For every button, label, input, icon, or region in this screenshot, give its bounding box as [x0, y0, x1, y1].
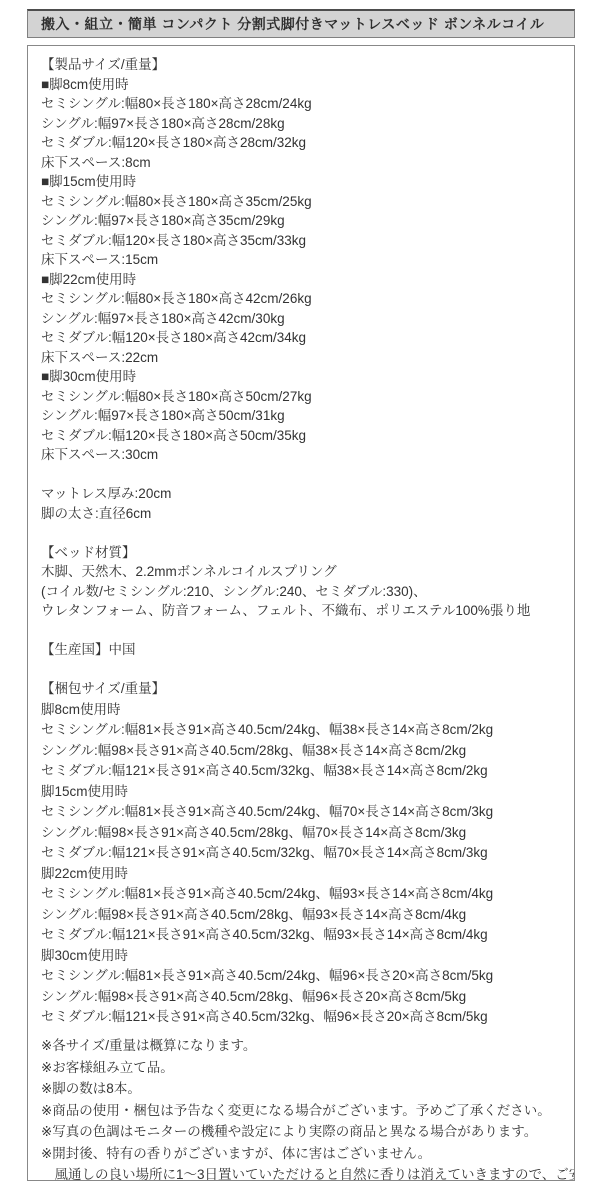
spec-line: ※写真の色調はモニターの機種や設定により実際の商品と異なる場合があります。 — [41, 1121, 566, 1143]
spec-line: セミダブル:幅121×長さ91×高さ40.5cm/32kg、幅93×長さ14×高… — [41, 925, 566, 946]
spec-line: セミシングル:幅80×長さ180×高さ50cm/27kg — [41, 387, 566, 407]
spec-line: 床下スペース:8cm — [41, 153, 566, 173]
section-origin: 【生産国】中国 — [41, 640, 566, 660]
spec-line: 床下スペース:30cm — [41, 445, 566, 465]
spec-line: 床下スペース:22cm — [41, 348, 566, 368]
spec-line: 脚の太さ:直径6cm — [41, 504, 566, 524]
spec-line: セミダブル:幅121×長さ91×高さ40.5cm/32kg、幅38×長さ14×高… — [41, 761, 566, 782]
spec-line: セミシングル:幅81×長さ91×高さ40.5cm/24kg、幅96×長さ20×高… — [41, 966, 566, 987]
spec-line: セミシングル:幅81×長さ91×高さ40.5cm/24kg、幅70×長さ14×高… — [41, 802, 566, 823]
spec-line: シングル:幅97×長さ180×高さ50cm/31kg — [41, 406, 566, 426]
spec-line: ※開封後、特有の香りがございますが、体に害はございません。 — [41, 1143, 566, 1165]
spec-line: セミダブル:幅120×長さ180×高さ50cm/35kg — [41, 426, 566, 446]
spec-line: シングル:幅97×長さ180×高さ42cm/30kg — [41, 309, 566, 329]
spec-line: 風通しの良い場所に1〜3日置いていただけると自然に香りは消えていきますので、ご安… — [41, 1164, 566, 1181]
title-bar: 搬入・組立・簡単 コンパクト 分割式脚付きマットレスベッド ボンネルコイル — [27, 9, 575, 38]
spec-line: 床下スペース:15cm — [41, 250, 566, 270]
spec-line: セミシングル:幅80×長さ180×高さ28cm/24kg — [41, 94, 566, 114]
spec-line: セミダブル:幅120×長さ180×高さ35cm/33kg — [41, 231, 566, 251]
spec-line: シングル:幅98×長さ91×高さ40.5cm/28kg、幅70×長さ14×高さ8… — [41, 823, 566, 844]
section-materials: 【ベッド材質】木脚、天然木、2.2mmボンネルコイルスプリング(コイル数/セミシ… — [41, 543, 566, 621]
spec-line: 【ベッド材質】 — [41, 543, 566, 563]
spec-line: 【梱包サイズ/重量】 — [41, 679, 566, 700]
spec-line: シングル:幅98×長さ91×高さ40.5cm/28kg、幅93×長さ14×高さ8… — [41, 905, 566, 926]
spec-line: ※各サイズ/重量は概算になります。 — [41, 1035, 566, 1057]
spec-line: 脚15cm使用時 — [41, 782, 566, 803]
spec-line: シングル:幅98×長さ91×高さ40.5cm/28kg、幅38×長さ14×高さ8… — [41, 741, 566, 762]
title-text: 搬入・組立・簡単 コンパクト 分割式脚付きマットレスベッド ボンネルコイル — [41, 14, 544, 34]
spec-line: セミシングル:幅80×長さ180×高さ42cm/26kg — [41, 289, 566, 309]
spec-line: (コイル数/セミシングル:210、シングル:240、セミダブル:330)、 — [41, 582, 566, 602]
spec-line: 脚22cm使用時 — [41, 864, 566, 885]
spec-line: セミダブル:幅121×長さ91×高さ40.5cm/32kg、幅70×長さ14×高… — [41, 843, 566, 864]
spec-line: ■脚22cm使用時 — [41, 270, 566, 290]
spec-line: ■脚8cm使用時 — [41, 75, 566, 95]
section-product-size: 【製品サイズ/重量】■脚8cm使用時セミシングル:幅80×長さ180×高さ28c… — [41, 55, 566, 523]
spec-line: ■脚30cm使用時 — [41, 367, 566, 387]
product-spec-sheet: 搬入・組立・簡単 コンパクト 分割式脚付きマットレスベッド ボンネルコイル 【製… — [0, 0, 600, 1192]
spec-line: ※商品の使用・梱包は予告なく変更になる場合がございます。予めご了承ください。 — [41, 1100, 566, 1122]
spec-line: 脚8cm使用時 — [41, 700, 566, 721]
spec-line: ■脚15cm使用時 — [41, 172, 566, 192]
spec-line: ウレタンフォーム、防音フォーム、フェルト、不織布、ポリエステル100%張り地 — [41, 601, 566, 621]
spec-line: 【製品サイズ/重量】 — [41, 55, 566, 75]
spec-line: 木脚、天然木、2.2mmボンネルコイルスプリング — [41, 562, 566, 582]
spec-line: 【生産国】中国 — [41, 640, 566, 660]
spec-line: セミシングル:幅81×長さ91×高さ40.5cm/24kg、幅38×長さ14×高… — [41, 720, 566, 741]
section-notes: ※各サイズ/重量は概算になります。※お客様組み立て品。※脚の数は8本。※商品の使… — [41, 1035, 566, 1181]
spec-box: 【製品サイズ/重量】■脚8cm使用時セミシングル:幅80×長さ180×高さ28c… — [27, 45, 575, 1181]
spec-line: セミシングル:幅81×長さ91×高さ40.5cm/24kg、幅93×長さ14×高… — [41, 884, 566, 905]
spec-line: 脚30cm使用時 — [41, 946, 566, 967]
spec-line: シングル:幅98×長さ91×高さ40.5cm/28kg、幅96×長さ20×高さ8… — [41, 987, 566, 1008]
spec-line: セミダブル:幅121×長さ91×高さ40.5cm/32kg、幅96×長さ20×高… — [41, 1007, 566, 1028]
section-packaging: 【梱包サイズ/重量】脚8cm使用時セミシングル:幅81×長さ91×高さ40.5c… — [41, 679, 566, 1028]
spec-line: ※お客様組み立て品。 — [41, 1057, 566, 1079]
spec-line: マットレス厚み:20cm — [41, 484, 566, 504]
spec-line: セミダブル:幅120×長さ180×高さ42cm/34kg — [41, 328, 566, 348]
spec-line: シングル:幅97×長さ180×高さ35cm/29kg — [41, 211, 566, 231]
spec-line: セミシングル:幅80×長さ180×高さ35cm/25kg — [41, 192, 566, 212]
spec-line: セミダブル:幅120×長さ180×高さ28cm/32kg — [41, 133, 566, 153]
blank-line — [41, 465, 566, 485]
spec-line: シングル:幅97×長さ180×高さ28cm/28kg — [41, 114, 566, 134]
spec-line: ※脚の数は8本。 — [41, 1078, 566, 1100]
